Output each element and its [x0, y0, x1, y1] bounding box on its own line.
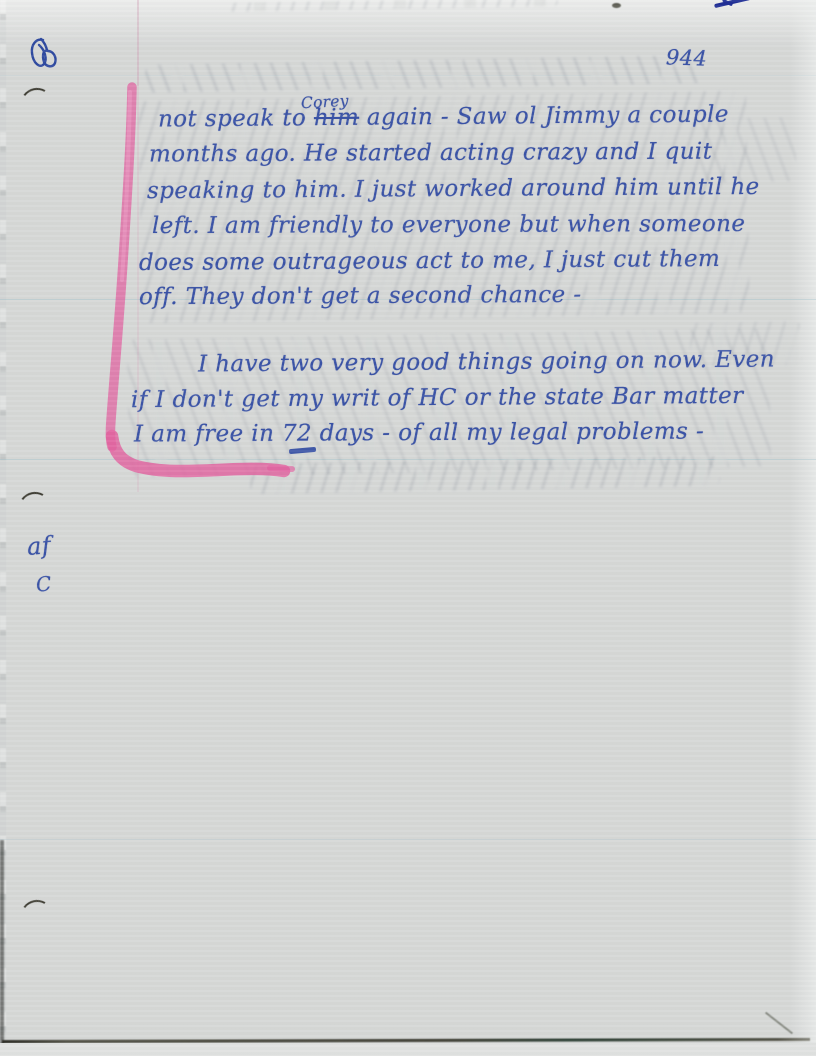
letter-line-6: off. They don't get a second chance - — [139, 282, 582, 310]
crease-line — [137, 0, 139, 492]
letter-line-8: if I don't get my writ of HC or the stat… — [131, 383, 744, 413]
scan-left-edge-dark — [0, 840, 4, 1050]
margin-note-af: af — [26, 531, 52, 561]
line-1-post: again - Saw ol Jimmy a couple — [359, 102, 729, 131]
hole-punch-mark — [18, 85, 54, 119]
scan-edge-nick — [765, 1012, 793, 1035]
hole-punch-mark — [18, 897, 54, 931]
line-1-pre: not speak to — [158, 105, 314, 132]
paper-rule-line — [0, 839, 816, 840]
page-number: 944 — [666, 45, 708, 70]
letter-line-9: I am free in 72 days - of all my legal p… — [134, 419, 704, 448]
letter-line-2: months ago. He started acting crazy and … — [149, 139, 712, 168]
letter-line-7: I have two very good things going on now… — [198, 346, 775, 377]
hole-punch-mark — [16, 489, 52, 523]
letter-line-3: speaking to him. I just worked around hi… — [147, 174, 760, 204]
letter-line-4: left. I am friendly to everyone but when… — [152, 211, 745, 239]
struck-word: him — [314, 105, 359, 131]
letter-line-5: does some outrageous act to me, I just c… — [139, 246, 720, 276]
scanned-letter-page: 944 Corey not speak to him again - Saw o… — [0, 0, 816, 1056]
ink-bleedthrough — [145, 55, 703, 93]
letter-line-1: not speak to him again - Saw ol Jimmy a … — [158, 102, 729, 133]
margin-note-c: C — [35, 571, 53, 597]
scan-bottom-band — [0, 1043, 816, 1056]
scan-smudge — [612, 3, 621, 8]
